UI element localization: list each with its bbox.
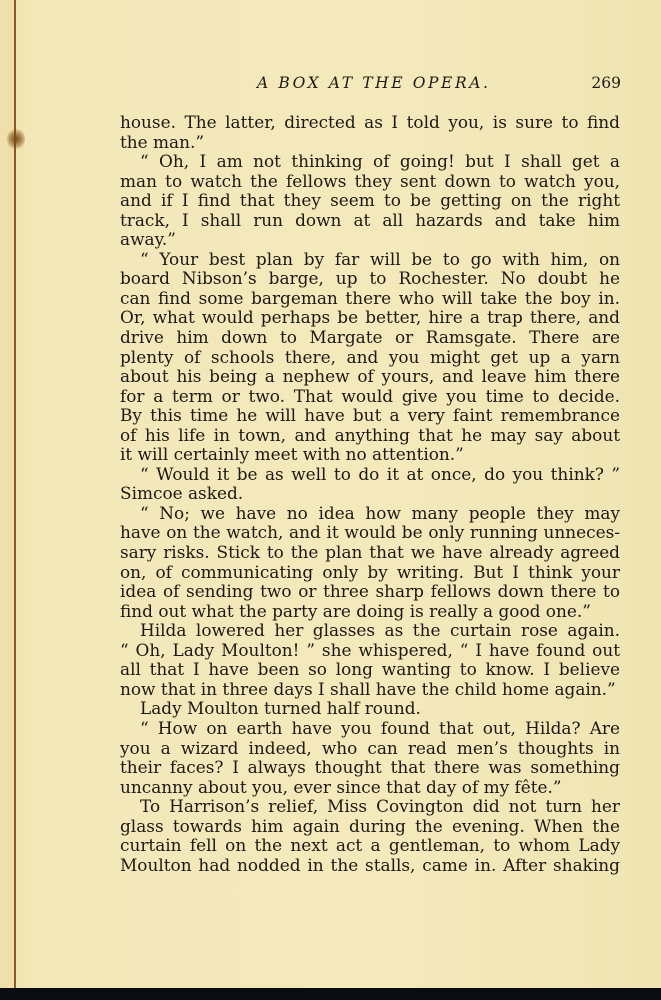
text-line: “ Your best plan by far will be to go wi… [120,250,620,270]
text-line: Moulton had nodded in the stalls, came i… [120,856,620,876]
text-line: Hilda lowered her glasses as the curtain… [120,621,620,641]
text-line: find out what the party are doing is rea… [120,602,620,622]
text-line: glass towards him again during the eveni… [120,817,620,837]
text-line: man to watch the fellows they sent down … [120,172,620,192]
running-head-title: A BOX AT THE OPERA. [257,74,491,92]
text-line: now that in three days I shall have the … [120,680,620,700]
text-line: idea of sending two or three sharp fello… [120,582,620,602]
text-line: can find some bargeman there who will ta… [120,289,620,309]
text-line: Lady Moulton turned half round. [120,699,620,719]
running-head: A BOX AT THE OPERA. 269 [257,74,621,96]
body-text: house. The latter, directed as I told yo… [120,113,620,875]
text-line: their faces? I always thought that there… [120,758,620,778]
text-line: on, of communicating only by writing. Bu… [120,563,620,583]
text-line: for a term or two. That would give you t… [120,387,620,407]
text-line: you a wizard indeed, who can read men’s … [120,739,620,759]
text-line: “ Oh, Lady Moulton! ” she whispered, “ I… [120,641,620,661]
text-line: it will certainly meet with no attention… [120,445,620,465]
text-line: To Harrison’s relief, Miss Covington did… [120,797,620,817]
ink-stain [7,128,25,150]
text-line: uncanny about you, ever since that day o… [120,778,620,798]
scan-bottom-edge [0,988,661,1000]
book-page: A BOX AT THE OPERA. 269 house. The latte… [0,0,661,988]
text-line: “ Oh, I am not thinking of going! but I … [120,152,620,172]
text-line: By this time he will have but a very fai… [120,406,620,426]
text-line: sary risks. Stick to the plan that we ha… [120,543,620,563]
text-line: “ How on earth have you found that out, … [120,719,620,739]
text-line: track, I shall run down at all hazards a… [120,211,620,231]
text-line: “ No; we have no idea how many people th… [120,504,620,524]
text-line: of his life in town, and anything that h… [120,426,620,446]
text-line: drive him down to Margate or Ramsgate. T… [120,328,620,348]
text-line: and if I find that they seem to be getti… [120,191,620,211]
text-line: about his being a nephew of yours, and l… [120,367,620,387]
text-line: curtain fell on the next act a gentleman… [120,836,620,856]
text-line: the man.” [120,133,620,153]
text-line: Simcoe asked. [120,484,620,504]
text-line: Or, what would perhaps be better, hire a… [120,308,620,328]
text-line: away.” [120,230,620,250]
text-line: house. The latter, directed as I told yo… [120,113,620,133]
text-line: have on the watch, and it would be only … [120,523,620,543]
text-line: board Nibson’s barge, up to Rochester. N… [120,269,620,289]
text-line: all that I have been so long wanting to … [120,660,620,680]
text-line: plenty of schools there, and you might g… [120,348,620,368]
text-line: “ Would it be as well to do it at once, … [120,465,620,485]
page-number: 269 [591,74,621,92]
